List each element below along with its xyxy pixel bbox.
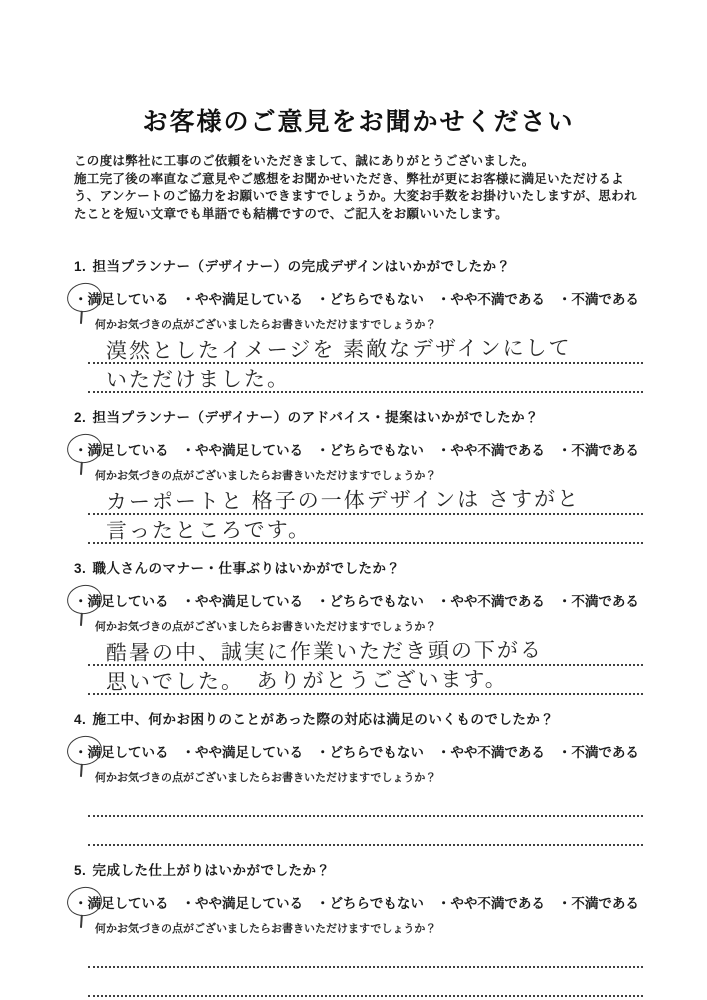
- intro-paragraph: この度は弊社に工事のご依頼をいただきまして、誠にありがとうございました。施工完了…: [74, 153, 643, 223]
- answer-line: [88, 788, 643, 817]
- options-row: 満足している やや満足している どちらでもない やや不満である 不満である: [74, 288, 643, 308]
- option-neutral: どちらでもない: [316, 439, 424, 459]
- answer-line: [88, 817, 643, 846]
- option-dissatisfied: 不満である: [558, 439, 639, 459]
- option-dissatisfied: 不満である: [558, 741, 639, 761]
- question-title: 5. 完成した仕上がりはいかがでしたか？: [74, 859, 643, 879]
- intro-rest: 施工完了後の率直なご意見やご感想をお聞かせいただき、弊社が更にお客様に満足いただ…: [74, 172, 637, 221]
- question-block-1: 1. 担当プランナー（デザイナー）の完成デザインはいかがでしたか？ 満足している…: [74, 255, 643, 393]
- option-satisfied: 満足している: [74, 892, 169, 912]
- option-neutral: どちらでもない: [316, 590, 424, 610]
- answer-line: 思いでした。 ありがとうございます。: [88, 666, 643, 695]
- options-row: 満足している やや満足している どちらでもない やや不満である 不満である: [74, 590, 643, 610]
- question-number: 3.: [74, 561, 86, 576]
- handwritten-answer: 酷暑の中、誠実に作業いただき頭の下がる: [106, 634, 543, 667]
- question-block-5: 5. 完成した仕上がりはいかがでしたか？ 満足している やや満足している どちら…: [74, 859, 643, 997]
- question-number: 4.: [74, 712, 86, 727]
- option-somewhat-dissatisfied: やや不満である: [437, 439, 545, 459]
- option-dissatisfied: 不満である: [558, 590, 639, 610]
- option-satisfied: 満足している: [74, 288, 169, 308]
- option-label: 満足している: [88, 896, 169, 911]
- option-label: 満足している: [88, 594, 169, 609]
- question-title: 1. 担当プランナー（デザイナー）の完成デザインはいかがでしたか？: [74, 255, 643, 275]
- option-neutral: どちらでもない: [316, 288, 424, 308]
- option-somewhat-satisfied: やや満足している: [182, 741, 304, 761]
- option-dissatisfied: 不満である: [558, 892, 639, 912]
- page-title: お客様のご意見をお聞かせください: [74, 102, 643, 138]
- option-label: 満足している: [88, 443, 169, 458]
- option-somewhat-dissatisfied: やや不満である: [437, 892, 545, 912]
- answer-line: カーポートと 格子の一体デザインは さすがと: [88, 486, 643, 515]
- survey-page: お客様のご意見をお聞かせください この度は弊社に工事のご依頼をいただきまして、誠…: [0, 0, 707, 1000]
- options-row: 満足している やや満足している どちらでもない やや不満である 不満である: [74, 892, 643, 912]
- answer-line: いただけました。: [88, 364, 643, 393]
- answer-line: 言ったところです。: [88, 515, 643, 544]
- option-label: 満足している: [88, 745, 169, 760]
- question-number: 1.: [74, 259, 86, 274]
- answer-line: [88, 968, 643, 997]
- option-dissatisfied: 不満である: [558, 288, 639, 308]
- question-text: 施工中、何かお困りのことがあった際の対応は満足のいくものでしたか？: [93, 712, 555, 727]
- option-somewhat-satisfied: やや満足している: [182, 288, 304, 308]
- followup-prompt: 何かお気づきの点がございましたらお書きいただけますでしょうか？: [95, 316, 643, 332]
- question-text: 完成した仕上がりはいかがでしたか？: [93, 863, 331, 878]
- options-row: 満足している やや満足している どちらでもない やや不満である 不満である: [74, 439, 643, 459]
- option-satisfied: 満足している: [74, 439, 169, 459]
- option-label: 満足している: [88, 292, 169, 307]
- option-somewhat-dissatisfied: やや不満である: [437, 741, 545, 761]
- question-block-4: 4. 施工中、何かお困りのことがあった際の対応は満足のいくものでしたか？ 満足し…: [74, 708, 643, 846]
- question-number: 5.: [74, 863, 86, 878]
- option-somewhat-dissatisfied: やや不満である: [437, 590, 545, 610]
- question-block-2: 2. 担当プランナー（デザイナー）のアドバイス・提案はいかがでしたか？ 満足して…: [74, 406, 643, 544]
- question-text: 職人さんのマナー・仕事ぶりはいかがでしたか？: [93, 561, 401, 576]
- handwritten-answer: 漠然としたイメージを 素敵なデザインにして: [106, 332, 572, 365]
- question-title: 4. 施工中、何かお困りのことがあった際の対応は満足のいくものでしたか？: [74, 708, 643, 728]
- options-row: 満足している やや満足している どちらでもない やや不満である 不満である: [74, 741, 643, 761]
- question-title: 2. 担当プランナー（デザイナー）のアドバイス・提案はいかがでしたか？: [74, 406, 643, 426]
- answer-line: 酷暑の中、誠実に作業いただき頭の下がる: [88, 637, 643, 666]
- option-somewhat-satisfied: やや満足している: [182, 590, 304, 610]
- option-neutral: どちらでもない: [316, 741, 424, 761]
- followup-prompt: 何かお気づきの点がございましたらお書きいただけますでしょうか？: [95, 769, 643, 785]
- answer-line: 漠然としたイメージを 素敵なデザインにして: [88, 335, 643, 364]
- option-satisfied: 満足している: [74, 590, 169, 610]
- question-block-3: 3. 職人さんのマナー・仕事ぶりはいかがでしたか？ 満足している やや満足してい…: [74, 557, 643, 695]
- handwritten-answer: いただけました。: [106, 363, 290, 394]
- intro-line-1: この度は弊社に工事のご依頼をいただきまして、誠にありがとうございました。: [74, 154, 535, 168]
- question-text: 担当プランナー（デザイナー）の完成デザインはいかがでしたか？: [93, 259, 511, 274]
- followup-prompt: 何かお気づきの点がございましたらお書きいただけますでしょうか？: [95, 618, 643, 634]
- question-text: 担当プランナー（デザイナー）のアドバイス・提案はいかがでしたか？: [93, 410, 540, 425]
- option-somewhat-satisfied: やや満足している: [182, 892, 304, 912]
- option-somewhat-dissatisfied: やや不満である: [437, 288, 545, 308]
- followup-prompt: 何かお気づきの点がございましたらお書きいただけますでしょうか？: [95, 920, 643, 936]
- option-somewhat-satisfied: やや満足している: [182, 439, 304, 459]
- question-number: 2.: [74, 410, 86, 425]
- followup-prompt: 何かお気づきの点がございましたらお書きいただけますでしょうか？: [95, 467, 643, 483]
- question-title: 3. 職人さんのマナー・仕事ぶりはいかがでしたか？: [74, 557, 643, 577]
- handwritten-answer: 言ったところです。: [106, 514, 311, 545]
- option-satisfied: 満足している: [74, 741, 169, 761]
- option-neutral: どちらでもない: [316, 892, 424, 912]
- answer-line: [88, 939, 643, 968]
- handwritten-answer: 思いでした。 ありがとうございます。: [106, 663, 508, 696]
- handwritten-answer: カーポートと 格子の一体デザインは さすがと: [106, 483, 580, 516]
